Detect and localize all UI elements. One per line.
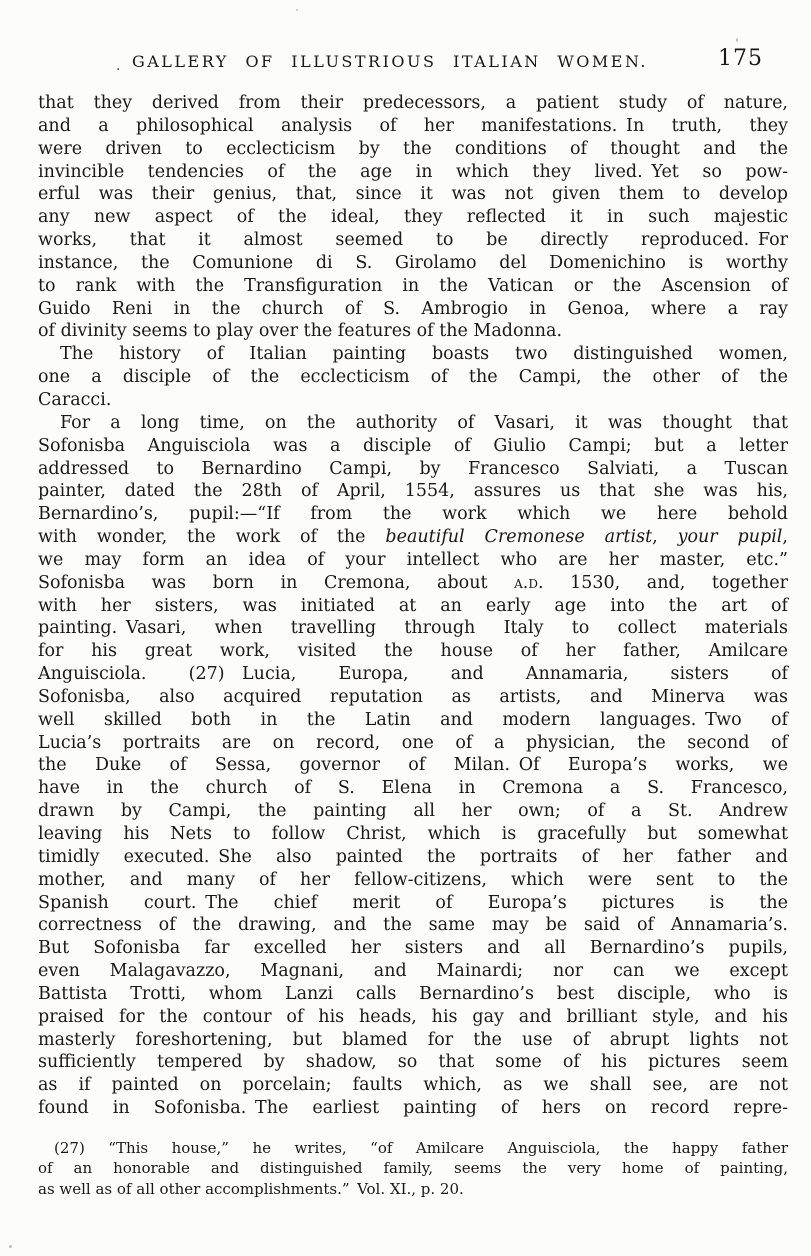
text-line: as if painted on porcelain; faults which… bbox=[38, 1074, 788, 1097]
text-line: Caracci. bbox=[38, 389, 788, 412]
text-line: works, that it almost seemed to be direc… bbox=[38, 229, 788, 252]
text-line: (27) “This house,” he writes, “of Amilca… bbox=[38, 1138, 788, 1158]
italic-text: your pupil bbox=[678, 527, 783, 547]
text-line: as well as of all other accomplishments.… bbox=[38, 1179, 788, 1199]
text-line: to rank with the Transfiguration in the … bbox=[38, 275, 788, 298]
text-line: Battista Trotti, whom Lanzi calls Bernar… bbox=[38, 983, 788, 1006]
text-line: even Malagavazzo, Magnani, and Mainardi;… bbox=[38, 960, 788, 983]
text-line: masterly foreshortening, but blamed for … bbox=[38, 1029, 788, 1052]
text-line: praised for the contour of his heads, hi… bbox=[38, 1006, 788, 1029]
page-body: that they derived from their predecessor… bbox=[38, 92, 788, 1120]
text-line: drawn by Campi, the painting all her own… bbox=[38, 800, 788, 823]
running-header-title: GALLERY OF ILLUSTRIOUS ITALIAN WOMEN. bbox=[40, 52, 740, 71]
text-line: But Sofonisba far excelled her sisters a… bbox=[38, 937, 788, 960]
italic-text: beautiful Cremonese artist bbox=[385, 527, 652, 547]
text-line: well skilled both in the Latin and moder… bbox=[38, 709, 788, 732]
text-line: For a long time, on the authority of Vas… bbox=[38, 412, 788, 435]
text-line: painter, dated the 28th of April, 1554, … bbox=[38, 480, 788, 503]
text-line: Anguisciola. (27) Lucia, Europa, and Ann… bbox=[38, 663, 788, 686]
text-line: Guido Reni in the church of S. Ambrogio … bbox=[38, 298, 788, 321]
scan-speck bbox=[325, 103, 327, 105]
text-segment: , bbox=[652, 527, 677, 547]
text-line: of divinity seems to play over the featu… bbox=[38, 320, 788, 343]
page-number: 175 bbox=[718, 46, 763, 71]
text-line: we may form an idea of your intellect wh… bbox=[38, 549, 788, 572]
text-line: that they derived from their predecessor… bbox=[38, 92, 788, 115]
text-line: and a philosophical analysis of her mani… bbox=[38, 115, 788, 138]
text-line: one a disciple of the ecclecticism of th… bbox=[38, 366, 788, 389]
text-line: leaving his Nets to follow Christ, which… bbox=[38, 823, 788, 846]
scan-speck bbox=[9, 1245, 12, 1248]
text-line: Sofonisba Anguisciola was a disciple of … bbox=[38, 435, 788, 458]
scan-speck bbox=[736, 38, 738, 42]
text-line: were driven to ecclecticism by the condi… bbox=[38, 138, 788, 161]
text-line: mother, and many of her fellow-citizens,… bbox=[38, 869, 788, 892]
text-line: with wonder, the work of the beautiful C… bbox=[38, 526, 788, 549]
scanned-book-page: { "page": { "header": { "ornament": "\u0… bbox=[0, 0, 811, 1256]
text-line: instance, the Comunione di S. Girolamo d… bbox=[38, 252, 788, 275]
text-line: sufficiently tempered by shadow, so that… bbox=[38, 1051, 788, 1074]
text-line: Spanish court. The chief merit of Europa… bbox=[38, 892, 788, 915]
text-line: found in Sofonisba. The earliest paintin… bbox=[38, 1097, 788, 1120]
text-line: Sofonisba, also acquired reputation as a… bbox=[38, 686, 788, 709]
text-line: of an honorable and distinguished family… bbox=[38, 1158, 788, 1178]
text-line: have in the church of S. Elena in Cremon… bbox=[38, 777, 788, 800]
text-segment: with wonder, the work of the bbox=[38, 527, 385, 547]
text-line: with her sisters, was initiated at an ea… bbox=[38, 595, 788, 618]
text-line: correctness of the drawing, and the same… bbox=[38, 914, 788, 937]
text-line: invincible tendencies of the age in whic… bbox=[38, 161, 788, 184]
text-line: Bernardino’s, pupil:—“If from the work w… bbox=[38, 503, 788, 526]
text-line: erful was their genius, that, since it w… bbox=[38, 183, 788, 206]
small-caps-text: a.d. bbox=[514, 573, 543, 593]
text-segment: 1530, and, together bbox=[544, 573, 788, 593]
text-line: Lucia’s portraits are on record, one of … bbox=[38, 732, 788, 755]
text-line: any new aspect of the ideal, they reflec… bbox=[38, 206, 788, 229]
text-line: the Duke of Sessa, governor of Milan. Of… bbox=[38, 754, 788, 777]
text-line: timidly executed. She also painted the p… bbox=[38, 846, 788, 869]
text-line: Sofonisba was born in Cremona, about a.d… bbox=[38, 572, 788, 595]
text-segment: , bbox=[782, 527, 788, 547]
footnote: (27) “This house,” he writes, “of Amilca… bbox=[38, 1138, 788, 1199]
text-line: for his great work, visited the house of… bbox=[38, 640, 788, 663]
text-line: The history of Italian painting boasts t… bbox=[38, 343, 788, 366]
scan-speck bbox=[296, 9, 298, 11]
text-segment: Sofonisba was born in Cremona, about bbox=[38, 573, 514, 593]
text-line: painting. Vasari, when travelling throug… bbox=[38, 617, 788, 640]
text-line: addressed to Bernardino Campi, by France… bbox=[38, 458, 788, 481]
